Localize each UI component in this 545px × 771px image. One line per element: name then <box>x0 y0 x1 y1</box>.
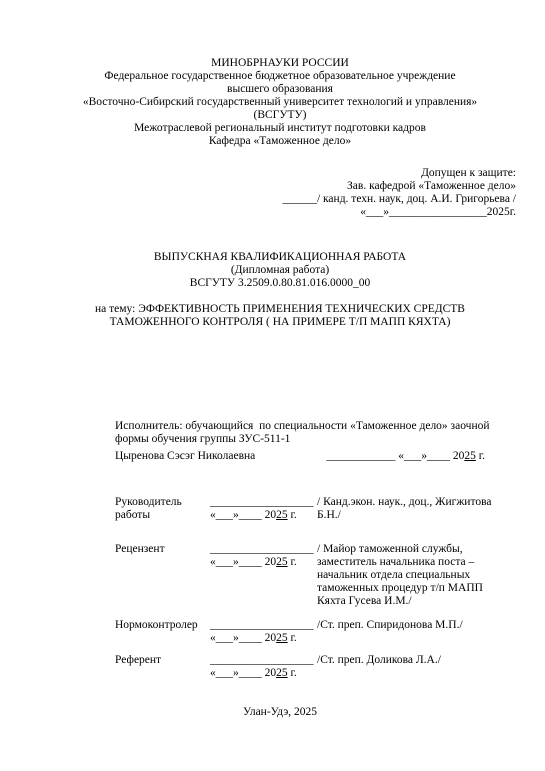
role-description: /Ст. преп. Доликова Л.А./ <box>317 654 527 667</box>
text-line: Межотраслевой региональный институт подг… <box>43 122 517 135</box>
date-year: 25 <box>276 556 288 568</box>
signature-blank: ____________ <box>326 450 395 462</box>
role-description: / Майор таможенной службы,заместитель на… <box>317 543 527 608</box>
date-prefix: «___»____ 20 <box>210 632 276 644</box>
university-header: МИНОБРНАУКИ РОССИИФедеральное государств… <box>43 57 517 148</box>
date-prefix: «___»____ 20 <box>395 450 464 462</box>
text-line: ВЫПУСКНАЯ КВАЛИФИКАЦИОННАЯ РАБОТА <box>43 251 517 264</box>
work-topic: на тему: ЭФФЕКТИВНОСТЬ ПРИМЕНЕНИЯ ТЕХНИЧ… <box>43 303 517 329</box>
date-suffix: г. <box>476 450 485 462</box>
role-signature: __________________ «___»____ 2025 г. <box>210 543 317 569</box>
text-line: / Канд.экон. наук., доц., Жигжитова <box>317 496 527 509</box>
signature-blank-line: __________________ <box>210 654 317 667</box>
text-line: ВСГУТУ 3.2509.0.80.81.016.0000_00 <box>43 277 517 290</box>
text-line: формы обучения группы ЗУС-511-1 <box>115 433 485 446</box>
text-line: Б.Н./ <box>317 509 527 522</box>
text-line: Допущен к защите: <box>88 167 516 180</box>
signature-date-line: «___»____ 2025 г. <box>210 632 317 645</box>
text-line: Референт <box>115 654 210 667</box>
approval-block: Допущен к защите:Зав. кафедрой «Таможенн… <box>88 167 516 219</box>
role-row-supervisor: Руководительработы __________________ «_… <box>115 496 527 522</box>
text-line: Руководитель <box>115 496 210 509</box>
text-line: Исполнитель: обучающийся по специальност… <box>115 420 485 433</box>
role-label: Нормоконтролер <box>115 619 210 632</box>
text-line: МИНОБРНАУКИ РОССИИ <box>43 57 517 70</box>
date-year: 25 <box>276 632 288 644</box>
text-line: заместитель начальника поста – <box>317 556 527 569</box>
role-row-norm-controller: Нормоконтролер __________________ «___»_… <box>115 619 527 645</box>
text-line: на тему: ЭФФЕКТИВНОСТЬ ПРИМЕНЕНИЯ ТЕХНИЧ… <box>43 303 517 316</box>
role-description: / Канд.экон. наук., доц., ЖигжитоваБ.Н./ <box>317 496 527 522</box>
date-year: 25 <box>276 667 288 679</box>
city-year: Улан-Удэ, 2025 <box>43 706 517 719</box>
text-line: Нормоконтролер <box>115 619 210 632</box>
text-line: «___»_________________2025г. <box>88 206 516 219</box>
role-description: /Ст. преп. Спиридонова М.П./ <box>317 619 527 632</box>
role-signature: __________________ «___»____ 2025 г. <box>210 619 317 645</box>
date-suffix: г. <box>288 556 297 568</box>
signature-blank-line: __________________ <box>210 543 317 556</box>
thesis-title-page: МИНОБРНАУКИ РОССИИФедеральное государств… <box>0 0 545 771</box>
role-row-reviewer: Рецензент __________________ «___»____ 2… <box>115 543 527 608</box>
text-line: Кафедра «Таможенное дело» <box>43 135 517 148</box>
text-line: (Дипломная работа) <box>43 264 517 277</box>
signature-blank-line: __________________ <box>210 619 317 632</box>
text-line: высшего образования <box>43 83 517 96</box>
text-line: «Восточно-Сибирский государственный унив… <box>43 96 517 109</box>
date-suffix: г. <box>288 632 297 644</box>
text-line: /Ст. преп. Доликова Л.А./ <box>317 654 527 667</box>
date-year: 25 <box>276 509 288 521</box>
role-label: Референт <box>115 654 210 667</box>
role-signature: __________________ «___»____ 2025 г. <box>210 654 317 680</box>
signature-date-line: «___»____ 2025 г. <box>210 556 317 569</box>
executor-description: Исполнитель: обучающийся по специальност… <box>115 420 485 446</box>
date-prefix: «___»____ 20 <box>210 556 276 568</box>
signature-blank-line: __________________ <box>210 496 317 509</box>
text-line: (ВСГУТУ) <box>43 109 517 122</box>
signature-date-line: «___»____ 2025 г. <box>210 667 317 680</box>
text-line: ______/ канд. техн. наук, доц. А.И. Григ… <box>88 193 516 206</box>
text-line: Рецензент <box>115 543 210 556</box>
text-line: ТАМОЖЕННОГО КОНТРОЛЯ ( НА ПРИМЕРЕ Т/П МА… <box>43 316 517 329</box>
date-year: 25 <box>464 450 476 462</box>
executor-signature-line: ____________ «___»____ 2025 г. <box>326 450 485 463</box>
work-title-block: ВЫПУСКНАЯ КВАЛИФИКАЦИОННАЯ РАБОТА(Диплом… <box>43 251 517 290</box>
role-row-referent: Референт __________________ «___»____ 20… <box>115 654 527 680</box>
text-line: Зав. кафедрой «Таможенное дело» <box>88 180 516 193</box>
executor-block: Исполнитель: обучающийся по специальност… <box>115 420 485 463</box>
text-line: работы <box>115 509 210 522</box>
date-prefix: «___»____ 20 <box>210 509 276 521</box>
signature-date-line: «___»____ 2025 г. <box>210 509 317 522</box>
role-signature: __________________ «___»____ 2025 г. <box>210 496 317 522</box>
executor-name: Цыренова Сэсэг Николаевна <box>115 450 255 463</box>
text-line: Кяхта Гусева И.М./ <box>317 595 527 608</box>
date-prefix: «___»____ 20 <box>210 667 276 679</box>
date-suffix: г. <box>288 509 297 521</box>
text-line: таможенных процедур т/п МАПП <box>317 582 527 595</box>
role-label: Руководительработы <box>115 496 210 522</box>
date-suffix: г. <box>288 667 297 679</box>
executor-signature-row: Цыренова Сэсэг Николаевна ____________ «… <box>115 450 485 463</box>
role-label: Рецензент <box>115 543 210 556</box>
text-line: /Ст. преп. Спиридонова М.П./ <box>317 619 527 632</box>
text-line: начальник отдела специальных <box>317 569 527 582</box>
text-line: / Майор таможенной службы, <box>317 543 527 556</box>
text-line: Федеральное государственное бюджетное об… <box>43 70 517 83</box>
